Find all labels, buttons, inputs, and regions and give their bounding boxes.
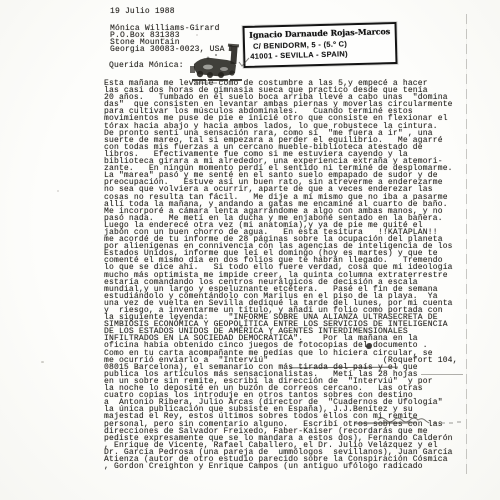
paper-speck [162, 38, 165, 40]
letter-body-line: , Gordon Creighton y Enrique Campos (un … [104, 463, 474, 470]
salutation: Querida Mónica: [109, 61, 184, 70]
letter-body: Esta mañana me levanté como de costumbre… [104, 80, 474, 470]
pen-dash-mark [421, 374, 463, 375]
paper-speck [196, 34, 198, 36]
ink-blot [366, 343, 372, 349]
scan-fold-line [466, 14, 467, 474]
paper-speck [57, 190, 59, 192]
letter-date: 19 Julio 1988 [110, 7, 175, 16]
paper-speck [41, 361, 44, 363]
scanned-letter-page: 19 Julio 1988 Mónica Williams-Girard P.O… [0, 0, 500, 500]
sender-address-stamp: Ignacio Darnaude Rojas-Marcos C/ BENIDOR… [242, 22, 397, 68]
